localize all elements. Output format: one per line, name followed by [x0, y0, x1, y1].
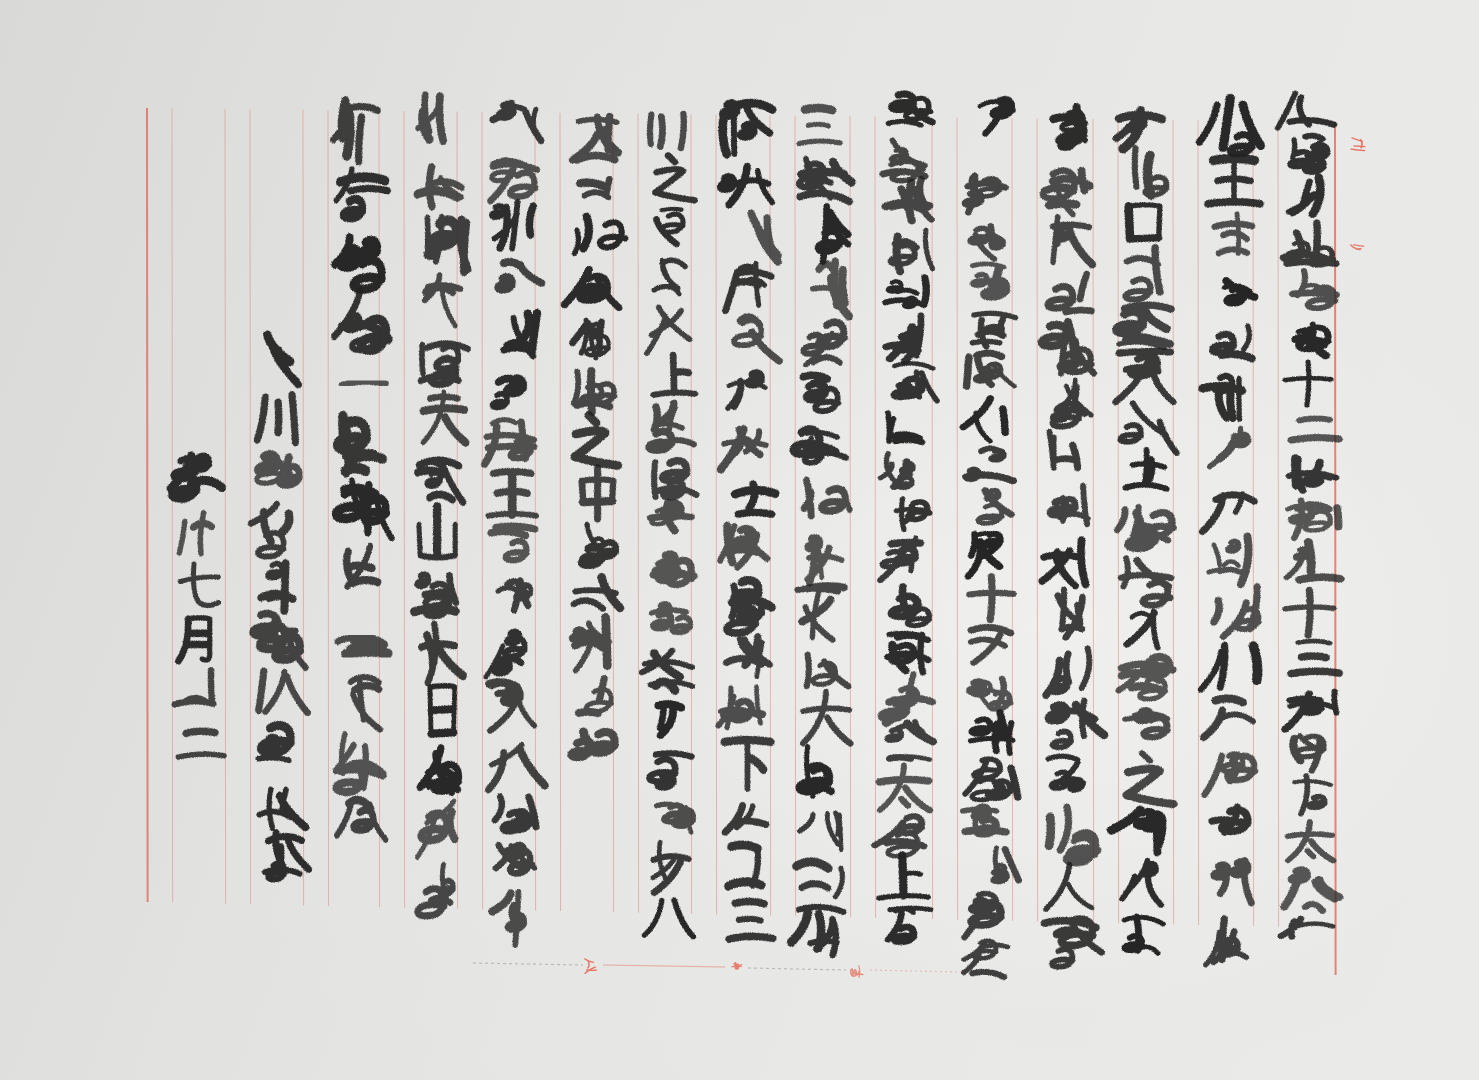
brush-stroke-icon — [1044, 265, 1103, 323]
calligraphy-character: 芝 — [1197, 369, 1261, 425]
calligraphy-character: 寅 — [175, 510, 227, 557]
brush-stroke-icon — [417, 386, 472, 449]
calligraphy-manuscript-page: 页 第 装 订 线 读通鉴卷第五十二汉纪四十三偶得和太白用 至王送杜秀芝赴举入京… — [0, 0, 1479, 1080]
brush-stroke-icon — [720, 889, 781, 953]
calligraphy-character: 逐 — [1204, 804, 1264, 856]
calligraphy-character: 孙 — [957, 395, 1016, 441]
brush-stroke-icon — [1350, 240, 1366, 256]
brush-stroke-icon — [640, 741, 697, 796]
calligraphy-character: 权 — [788, 904, 851, 963]
brush-stroke-icon — [484, 780, 545, 844]
brush-stroke-icon — [414, 794, 471, 860]
brush-stroke-icon — [334, 791, 390, 856]
calligraphy-character: 东 — [1039, 695, 1108, 755]
calligraphy-character: 专 — [878, 584, 939, 632]
brush-stroke-icon — [252, 442, 309, 503]
brush-stroke-icon — [797, 798, 850, 854]
calligraphy-character: 公 — [791, 151, 855, 210]
brush-stroke-icon — [1038, 480, 1098, 540]
calligraphy-character: 尾 — [567, 165, 626, 216]
brush-stroke-icon — [484, 517, 540, 575]
calligraphy-character: 第 — [1284, 269, 1344, 313]
brush-stroke-icon — [961, 930, 1024, 986]
calligraphy-character: 苏 — [253, 830, 312, 886]
calligraphy-character: 宦 — [964, 667, 1018, 709]
calligraphy-character: 进 — [565, 367, 622, 417]
brush-stroke-icon — [958, 167, 1015, 217]
brush-stroke-icon — [1279, 219, 1342, 272]
binding-label-zhuang: 装 — [584, 958, 600, 974]
brush-stroke-icon — [722, 363, 777, 420]
calligraphy-character: 庐 — [483, 841, 537, 890]
calligraphy-character: 汉 — [1280, 450, 1345, 498]
brush-stroke-icon — [1202, 205, 1262, 265]
brush-stroke-icon — [169, 711, 233, 777]
calligraphy-character: 书 — [253, 665, 311, 720]
calligraphy-character: 也 — [483, 626, 542, 680]
page-label-di: 第 — [1350, 240, 1366, 256]
calligraphy-character: 汉 — [879, 90, 938, 135]
calligraphy-character: 朝 — [1113, 398, 1180, 453]
calligraphy-character: 许 — [484, 521, 540, 572]
calligraphy-character: 王 — [1200, 151, 1268, 210]
calligraphy-character: 彦 — [248, 499, 308, 556]
calligraphy-character: 回 — [486, 573, 545, 627]
calligraphy-character: 仕 — [644, 299, 707, 353]
calligraphy-character: 纪 — [1283, 497, 1346, 544]
calligraphy-character: 汝 — [717, 523, 776, 577]
brush-stroke-icon — [966, 303, 1021, 351]
brush-stroke-icon — [410, 853, 467, 919]
brush-stroke-icon — [483, 837, 537, 893]
calligraphy-character: 形 — [567, 214, 629, 268]
calligraphy-character: 大 — [796, 690, 857, 746]
brush-stroke-icon — [721, 306, 782, 370]
calligraphy-character: 冬 — [252, 446, 309, 500]
calligraphy-character: 十 — [961, 574, 1021, 621]
brush-stroke-icon — [488, 145, 544, 204]
calligraphy-character: 胪 — [797, 801, 850, 850]
original-poem-column-3: 寒烟欲折一枝桂还来雁沼前 — [331, 100, 393, 855]
brush-stroke-icon — [637, 885, 700, 945]
calligraphy-character: 枝 — [326, 412, 393, 480]
notes-column-3: 三公礼敬汉尊杨震为丈乃大鸿胪去权 — [794, 100, 852, 960]
brush-stroke-icon — [1114, 602, 1170, 655]
calligraphy-character: 并 — [248, 608, 310, 667]
calligraphy-character: 得 — [1283, 725, 1347, 773]
calligraphy-character: 兆 — [413, 328, 473, 389]
calligraphy-character: 朝 — [880, 497, 934, 539]
brush-stroke-icon — [1204, 800, 1264, 859]
calligraphy-character: 月 — [171, 614, 225, 663]
calligraphy-character: 十 — [1276, 359, 1339, 406]
calligraphy-character: 旁 — [648, 795, 701, 840]
calligraphy-character: 江 — [483, 891, 543, 946]
calligraphy-character: 书 — [571, 520, 625, 567]
calligraphy-character: 和 — [1280, 774, 1337, 816]
brush-stroke-icon — [252, 772, 309, 833]
calligraphy-character: 明 — [1119, 859, 1176, 906]
brush-stroke-icon — [961, 348, 1017, 398]
calligraphy-character: 然 — [248, 332, 312, 393]
calligraphy-character: 为 — [1039, 537, 1100, 590]
calligraphy-character: 翩 — [483, 358, 546, 416]
calligraphy-character: 浓 — [1044, 268, 1103, 319]
calligraphy-character: 毅 — [962, 485, 1021, 531]
calligraphy-character: 烟 — [333, 163, 394, 225]
calligraphy-character: 方 — [644, 205, 698, 251]
brush-stroke-icon — [584, 958, 600, 974]
calligraphy-character: 十 — [1276, 587, 1342, 636]
calligraphy-character: 偕 — [723, 259, 781, 312]
calligraphy-character: 翩 — [482, 414, 540, 467]
poem-end-character: 前 — [961, 92, 1019, 142]
brush-stroke-icon — [1036, 316, 1100, 380]
brush-stroke-icon — [879, 897, 937, 948]
calligraphy-character: 些 — [1034, 156, 1102, 215]
calligraphy-character: 登 — [874, 404, 935, 452]
page-label-ye: 页 — [1350, 137, 1366, 153]
brush-stroke-icon — [876, 447, 933, 498]
brush-stroke-icon — [1038, 908, 1106, 975]
calligraphy-character: 山 — [407, 504, 467, 565]
calligraphy-character: 日 — [414, 682, 470, 739]
calligraphy-character: 翔 — [1115, 653, 1178, 705]
brush-stroke-icon — [788, 900, 851, 967]
poem-column-3: 眈些劫浓似云烟李为清漪东洋作人盟 — [1039, 105, 1101, 968]
calligraphy-character: 七 — [173, 562, 226, 610]
original-poem-column-2: 守将游京兆天秋山宜落日秀水出 — [411, 95, 469, 915]
calligraphy-character: 鉴 — [1284, 176, 1347, 223]
calligraphy-character: 罔 — [647, 449, 704, 498]
calligraphy-character: 业 — [645, 399, 705, 450]
brush-stroke-icon — [1197, 365, 1261, 429]
calligraphy-character: 五 — [1279, 313, 1343, 361]
calligraphy-character: 出 — [410, 857, 467, 915]
calligraphy-character: 尊 — [792, 370, 847, 421]
brush-stroke-icon — [644, 104, 697, 156]
calligraphy-character: 人 — [1039, 861, 1098, 912]
calligraphy-character: 闻 — [715, 575, 778, 633]
calligraphy-character: 雁 — [334, 667, 395, 729]
brush-stroke-icon — [792, 578, 853, 643]
calligraphy-character: 王 — [481, 464, 544, 522]
brush-stroke-icon — [333, 726, 393, 795]
calligraphy-character: 为 — [794, 531, 851, 584]
calligraphy-character: 主 — [962, 529, 1022, 575]
calligraphy-character: 之 — [643, 154, 701, 203]
calligraphy-character: 作 — [1036, 803, 1104, 862]
calligraphy-character: 上 — [647, 352, 702, 398]
brush-stroke-icon — [483, 887, 543, 949]
calligraphy-character: 鹏 — [1114, 605, 1170, 651]
brush-stroke-icon — [1039, 691, 1108, 759]
calligraphy-character: 卷 — [1279, 222, 1342, 268]
calligraphy-character: 黩 — [1200, 695, 1262, 749]
calligraphy-character: 宜 — [407, 564, 464, 622]
calligraphy-character: 太 — [1281, 819, 1339, 862]
calligraphy-character: 壬 — [168, 452, 233, 511]
brush-stroke-icon — [876, 220, 938, 275]
date-line: 壬寅七月初二 — [171, 455, 229, 770]
brush-stroke-icon — [410, 444, 466, 508]
notes-column-4: 兮难形偕士击冤往汝闻名见下亭再三 — [719, 100, 777, 948]
brush-stroke-icon — [331, 597, 396, 672]
calligraphy-character: 似 — [1036, 320, 1100, 376]
calligraphy-character: 联 — [880, 272, 933, 313]
calligraphy-character: 拥 — [956, 798, 1018, 846]
calligraphy-character: 对 — [965, 845, 1022, 889]
brush-stroke-icon — [965, 90, 1020, 144]
calligraphy-character: 用 — [1278, 910, 1339, 955]
stationery-character: 订 — [728, 960, 744, 976]
calligraphy-character: 天 — [417, 390, 472, 445]
calligraphy-character: 下 — [717, 735, 778, 791]
calligraphy-character: 来 — [331, 602, 396, 668]
calligraphy-character: 漪 — [1040, 645, 1100, 697]
calligraphy-character: 入 — [1203, 535, 1259, 584]
calligraphy-character: 击 — [722, 366, 777, 416]
brush-stroke-icon — [644, 202, 698, 254]
brush-stroke-icon — [1199, 472, 1267, 540]
calligraphy-character: 水 — [414, 798, 471, 856]
calligraphy-character: 劫 — [1041, 213, 1102, 266]
stationery-character: 线 — [850, 963, 866, 979]
calligraphy-character: 弓 — [640, 744, 697, 792]
calligraphy-character: 杜 — [1204, 264, 1262, 315]
calligraphy-character: 帝 — [876, 314, 936, 360]
brush-stroke-icon — [175, 507, 227, 561]
calligraphy-character: 初 — [167, 664, 227, 718]
brush-stroke-icon — [964, 664, 1018, 712]
brush-stroke-icon — [791, 308, 854, 375]
brush-stroke-icon — [330, 283, 394, 358]
brush-stroke-icon — [570, 315, 623, 368]
brush-stroke-icon — [171, 611, 225, 667]
brush-stroke-icon — [1041, 210, 1102, 270]
brush-stroke-icon — [1284, 128, 1345, 180]
calligraphy-character: 川 — [249, 390, 307, 445]
calligraphy-character: 乃 — [796, 639, 852, 691]
brush-stroke-icon — [1203, 531, 1259, 587]
brush-stroke-icon — [1045, 373, 1103, 430]
calligraphy-character: 侯 — [561, 617, 624, 671]
brush-stroke-icon — [411, 90, 471, 159]
calligraphy-character: 士 — [721, 310, 782, 366]
calligraphy-character: 还 — [331, 542, 390, 602]
notes-column-2: 汉顺帝乡联帝初登宦朝见专势阎阁太后上以 — [878, 90, 936, 945]
calligraphy-character: 中 — [567, 467, 627, 519]
brush-stroke-icon — [647, 446, 704, 501]
notes-column-1: 注释以飞程孙孔毅主十九宦官安拥对任为 — [961, 170, 1019, 980]
calligraphy-character: 一 — [335, 354, 393, 413]
calligraphy-character: 姑 — [252, 776, 309, 830]
calligraphy-character: 往 — [721, 470, 781, 525]
calligraphy-character: 眈 — [1037, 105, 1099, 159]
brush-stroke-icon — [1039, 533, 1100, 594]
calligraphy-character: 汉 — [791, 313, 854, 372]
calligraphy-character: 孔 — [958, 438, 1020, 486]
calligraphy-character: 倒 — [639, 546, 699, 597]
calligraphy-character: 赴 — [1207, 426, 1266, 477]
brush-stroke-icon — [1283, 722, 1347, 776]
calligraphy-character: 翩 — [1205, 858, 1265, 910]
calligraphy-character: 具 — [1110, 143, 1178, 198]
calligraphy-character: 之 — [561, 415, 624, 470]
binding-line — [603, 965, 725, 967]
brush-stroke-icon — [719, 627, 776, 686]
brush-stroke-icon — [571, 517, 625, 570]
brush-stroke-icon — [646, 690, 706, 748]
calligraphy-character: 举 — [1199, 476, 1267, 535]
calligraphy-character: 桂 — [332, 477, 395, 541]
calligraphy-character: 鸿 — [791, 743, 852, 800]
brush-stroke-icon — [1115, 649, 1178, 708]
calligraphy-character: 冤 — [718, 417, 778, 472]
calligraphy-character: 以 — [879, 900, 937, 945]
notes-column-5: 遊之方出仕上业罔斜倒名将班弓旁选八 — [643, 105, 701, 940]
calligraphy-character: 二 — [169, 715, 233, 773]
calligraphy-character: 班 — [646, 694, 706, 745]
calligraphy-character: 鸿 — [1113, 297, 1178, 350]
signature: 然川冬彦诗并书於姑苏 — [251, 335, 309, 885]
calligraphy-character: 清 — [1040, 590, 1103, 644]
brush-stroke-icon — [644, 296, 707, 357]
stationery-character: 页 — [1350, 137, 1366, 153]
brush-stroke-icon — [648, 792, 701, 844]
calligraphy-character: 如 — [1119, 910, 1175, 956]
calligraphy-character: 为 — [961, 933, 1024, 982]
calligraphy-character: 烟 — [1040, 431, 1096, 480]
brush-stroke-icon — [334, 663, 395, 733]
poem-column-2: 孙具口奥鸿沟朝於虚祭鹏翔自之德明如 — [1114, 95, 1176, 958]
brush-stroke-icon — [416, 268, 472, 332]
calligraphy-character: 风 — [1201, 748, 1264, 803]
brush-stroke-icon — [1205, 854, 1265, 914]
brush-stroke-icon — [791, 739, 852, 804]
calligraphy-character: 秀 — [415, 741, 470, 797]
brush-stroke-icon — [1040, 428, 1096, 484]
calligraphy-character: 宦 — [876, 450, 933, 495]
calligraphy-character: 通 — [1284, 131, 1345, 176]
calligraphy-character: 注 — [958, 170, 1015, 214]
heading-column: 读通鉴卷第五十二汉纪四十三偶得和太白用 — [1281, 85, 1343, 955]
calligraphy-character: 秀 — [1201, 315, 1267, 372]
brush-stroke-icon — [1203, 908, 1264, 968]
brush-stroke-icon — [1201, 744, 1264, 807]
brush-stroke-icon — [413, 324, 473, 393]
calligraphy-character: 亭 — [723, 791, 778, 841]
brush-stroke-icon — [850, 963, 866, 979]
brush-stroke-icon — [332, 472, 395, 545]
binding-label-xian: 线 — [850, 963, 866, 979]
calligraphy-character: 既 — [1197, 638, 1266, 698]
calligraphy-character: 象 — [562, 265, 622, 317]
calligraphy-character: 寒 — [329, 96, 398, 166]
calligraphy-character: 原 — [490, 97, 543, 146]
calligraphy-character: 选 — [641, 842, 700, 892]
calligraphy-character: 白 — [1281, 861, 1349, 911]
calligraphy-character: 东 — [561, 717, 625, 772]
calligraphy-character: 三 — [720, 893, 781, 949]
brush-stroke-icon — [956, 255, 1018, 310]
calligraphy-character: 飞 — [966, 306, 1021, 348]
brush-stroke-icon — [168, 448, 233, 515]
calligraphy-character: 名 — [719, 631, 776, 683]
brush-stroke-icon — [253, 826, 312, 889]
calligraphy-character: 沼 — [333, 730, 393, 790]
calligraphy-character: 祭 — [1109, 550, 1177, 605]
brush-stroke-icon — [643, 151, 701, 207]
calligraphy-character: 形 — [716, 203, 781, 262]
calligraphy-character: 落 — [408, 619, 472, 684]
brush-stroke-icon — [645, 395, 705, 453]
calligraphy-character: 将 — [636, 643, 700, 698]
calligraphy-character: 遊 — [644, 107, 697, 152]
stationery-character: 装 — [584, 958, 600, 974]
calligraphy-character: 玉 — [488, 149, 544, 201]
calligraphy-character: 礼 — [790, 206, 851, 263]
calligraphy-character: 乡 — [876, 223, 938, 271]
calligraphy-character: 斜 — [641, 498, 698, 546]
calligraphy-character: 程 — [961, 351, 1017, 395]
brush-stroke-icon — [1119, 907, 1175, 959]
brush-stroke-icon — [331, 538, 390, 606]
brush-stroke-icon — [1040, 586, 1103, 648]
brush-stroke-icon — [880, 269, 933, 316]
calligraphy-character: 复 — [1203, 911, 1264, 964]
calligraphy-character: 云 — [1045, 377, 1103, 427]
calligraphy-character: 游 — [411, 209, 476, 275]
calligraphy-character: 八 — [637, 889, 700, 942]
calligraphy-character: 读 — [1274, 83, 1342, 133]
calligraphy-character: 守 — [411, 94, 471, 154]
brush-stroke-icon — [1200, 691, 1262, 753]
calligraphy-character: 二 — [1283, 404, 1348, 452]
calligraphy-character: 折 — [330, 288, 394, 353]
calligraphy-character: 盟 — [1038, 912, 1106, 971]
brush-stroke-icon — [1119, 855, 1176, 908]
brush-stroke-icon — [490, 94, 543, 150]
binding-label-ding: 订 — [728, 960, 744, 976]
brush-stroke-icon — [963, 617, 1022, 669]
calligraphy-character: 九 — [963, 620, 1022, 665]
calligraphy-character: 於 — [249, 717, 313, 778]
brush-stroke-icon — [562, 262, 622, 322]
calligraphy-character: 洋 — [1043, 754, 1101, 804]
binding-line — [748, 968, 846, 970]
calligraphy-character: 震 — [795, 474, 859, 533]
calligraphy-character: 欲 — [332, 223, 400, 292]
calligraphy-character: 犹 — [566, 114, 626, 166]
brush-stroke-icon — [414, 678, 470, 743]
stationery-character: 第 — [1350, 240, 1366, 256]
calligraphy-character: 官 — [965, 711, 1020, 754]
brush-stroke-icon — [1278, 906, 1339, 958]
brush-stroke-icon — [249, 386, 307, 449]
brush-stroke-icon — [561, 713, 625, 776]
calligraphy-character: 三 — [791, 100, 848, 153]
original-poem-column-1: 原玉秀才何翩翩王许回也贤暂别庐江 — [484, 95, 542, 945]
brush-stroke-icon — [415, 737, 470, 800]
calligraphy-character: 初 — [882, 360, 940, 405]
brush-stroke-icon — [1350, 137, 1366, 153]
calligraphy-character: 德 — [1108, 803, 1177, 860]
poem-column-1: 至王送杜秀芝赴举入京既黩风逐翩复 — [1202, 100, 1264, 965]
calligraphy-character: 以 — [956, 258, 1018, 306]
calligraphy-character: 京 — [416, 272, 472, 328]
brush-stroke-icon — [647, 349, 702, 402]
